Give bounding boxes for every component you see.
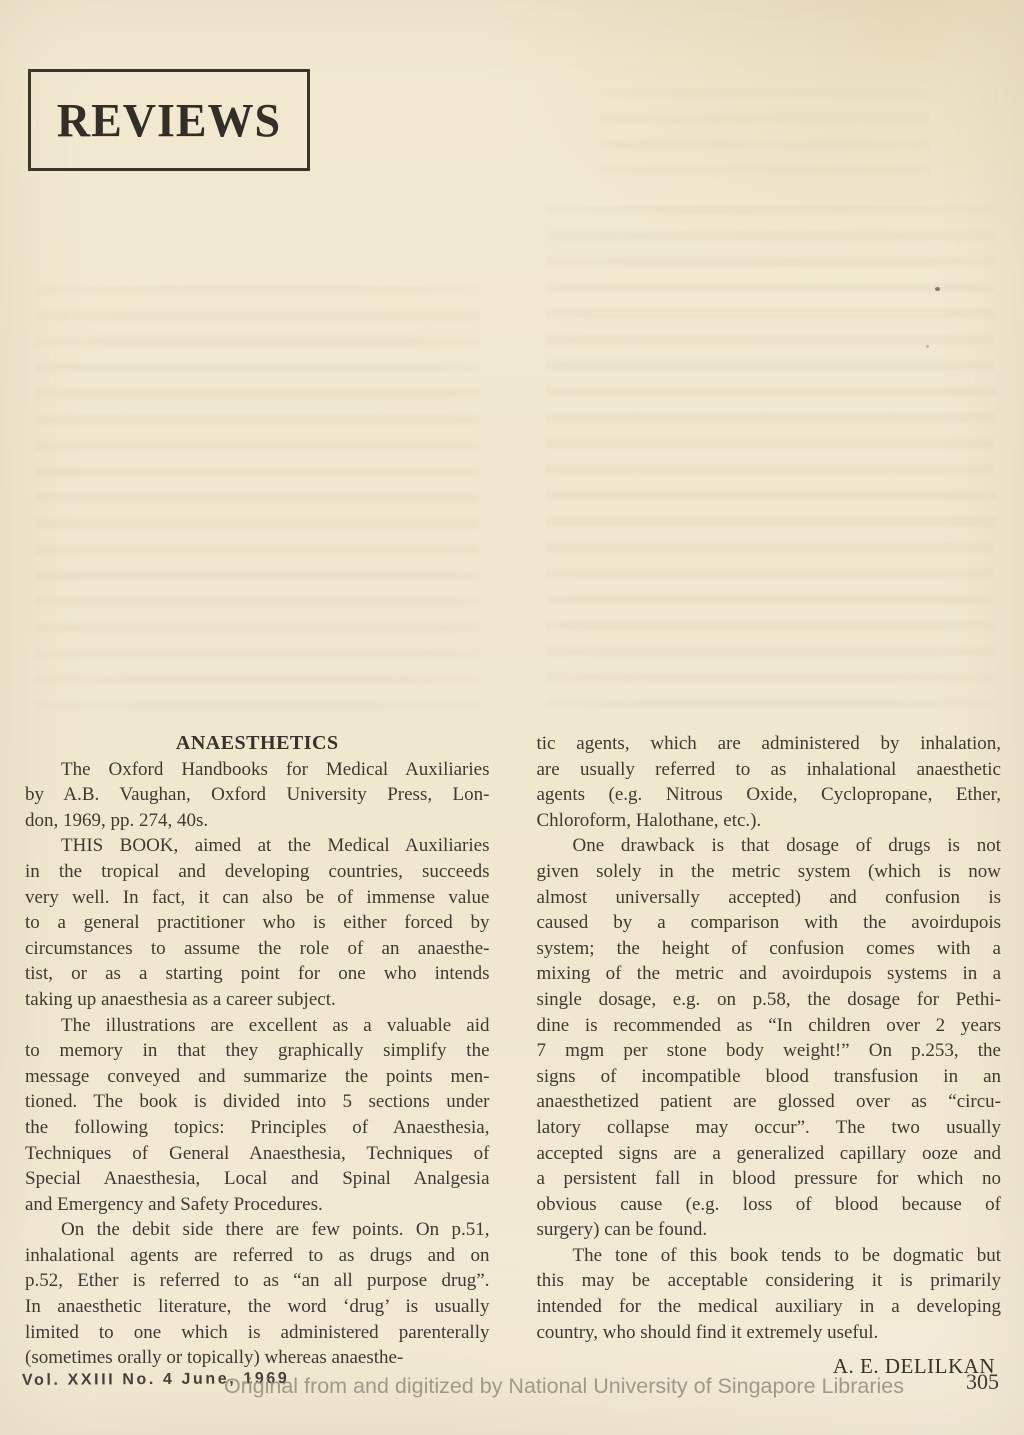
bleedthrough-ghost	[545, 205, 995, 720]
text-line: circumstances to assume the role of an a…	[25, 936, 490, 962]
text-line: The tone of this book tends to be dogmat…	[537, 1243, 1002, 1269]
text-line: are usually referred to as inhalational …	[537, 757, 1002, 783]
paragraph: tic agents, which are administered by in…	[537, 731, 1002, 833]
page-number: 305	[966, 1369, 999, 1395]
text-line: mixing of the metric and avoirdupois sys…	[537, 961, 1002, 987]
text-line: taking up anaesthesia as a career subjec…	[25, 987, 490, 1013]
text-line: to a general practitioner who is either …	[25, 910, 490, 936]
text-line: given solely in the metric system (which…	[537, 859, 1002, 885]
text-line: tic agents, which are administered by in…	[537, 731, 1002, 757]
text-line: signs of incompatible blood transfusion …	[537, 1064, 1002, 1090]
text-line: p.52, Ether is referred to as “an all pu…	[25, 1268, 490, 1294]
text-line: (sometimes orally or topically) whereas …	[25, 1345, 490, 1371]
review-right-paragraphs: tic agents, which are administered by in…	[537, 731, 1002, 1345]
text-line: The illustrations are excellent as a val…	[25, 1013, 490, 1039]
text-line: tioned. The book is divided into 5 secti…	[25, 1089, 490, 1115]
text-line: limited to one which is administered par…	[25, 1320, 490, 1346]
paragraph: THIS BOOK, aimed at the Medical Auxiliar…	[25, 833, 490, 1012]
text-line: accepted signs are a generalized capilla…	[537, 1141, 1002, 1167]
reviews-banner: REVIEWS	[28, 69, 310, 171]
text-line: inhalational agents are referred to as d…	[25, 1243, 490, 1269]
text-line: and Emergency and Safety Procedures.	[25, 1192, 490, 1218]
text-line: Chloroform, Halothane, etc.).	[537, 808, 1002, 834]
paragraph: On the debit side there are few points. …	[25, 1217, 490, 1371]
text-line: anaesthetized patient are glossed over a…	[537, 1089, 1002, 1115]
text-line: very well. In fact, it can also be of im…	[25, 885, 490, 911]
review-body: ANAESTHETICS The Oxford Handbooks for Me…	[25, 731, 1001, 1380]
digitization-watermark: Original from and digitized by National …	[224, 1374, 904, 1399]
text-line: 7 mgm per stone body weight!” On p.253, …	[537, 1038, 1002, 1064]
text-line: caused by a comparison with the avoirdup…	[537, 910, 1002, 936]
paragraph: The illustrations are excellent as a val…	[25, 1013, 490, 1218]
scan-speck	[926, 345, 929, 348]
text-line: single dosage, e.g. on p.58, the dosage …	[537, 987, 1002, 1013]
text-line: this may be acceptable considering it is…	[537, 1268, 1002, 1294]
text-line: tist, or as a starting point for one who…	[25, 961, 490, 987]
review-right-column: tic agents, which are administered by in…	[537, 731, 1002, 1380]
text-line: dine is recommended as “In children over…	[537, 1013, 1002, 1039]
text-line: to memory in that they graphically simpl…	[25, 1038, 490, 1064]
paragraph: The Oxford Handbooks for Medical Auxilia…	[25, 757, 490, 834]
review-left-column: ANAESTHETICS The Oxford Handbooks for Me…	[25, 731, 490, 1380]
text-line: system; the height of confusion comes wi…	[537, 936, 1002, 962]
journal-page: REVIEWS ANAESTHETICS The Oxford Handbook…	[0, 0, 1024, 1435]
text-line: latory collapse may occur”. The two usua…	[537, 1115, 1002, 1141]
review-left-paragraphs: The Oxford Handbooks for Medical Auxilia…	[25, 757, 490, 1371]
text-line: message conveyed and summarize the point…	[25, 1064, 490, 1090]
text-line: surgery) can be found.	[537, 1217, 1002, 1243]
text-line: by A.B. Vaughan, Oxford University Press…	[25, 782, 490, 808]
text-line: intended for the medical auxiliary in a …	[537, 1294, 1002, 1320]
reviews-banner-label: REVIEWS	[57, 92, 281, 147]
text-line: In anaesthetic literature, the word ‘dru…	[25, 1294, 490, 1320]
bleedthrough-ghost	[35, 285, 480, 720]
text-line: The Oxford Handbooks for Medical Auxilia…	[25, 757, 490, 783]
text-line: agents (e.g. Nitrous Oxide, Cyclopropane…	[537, 782, 1002, 808]
bleedthrough-ghost	[600, 88, 930, 188]
text-line: a persistent fall in blood pressure for …	[537, 1166, 1002, 1192]
text-line: One drawback is that dosage of drugs is …	[537, 833, 1002, 859]
text-line: Special Anaesthesia, Local and Spinal An…	[25, 1166, 490, 1192]
text-line: obvious cause (e.g. loss of blood becaus…	[537, 1192, 1002, 1218]
scan-speck	[935, 287, 940, 291]
text-line: almost universally accepted) and confusi…	[537, 885, 1002, 911]
paragraph: The tone of this book tends to be dogmat…	[537, 1243, 1002, 1345]
text-line: THIS BOOK, aimed at the Medical Auxiliar…	[25, 833, 490, 859]
text-line: country, who should find it extremely us…	[537, 1320, 1002, 1346]
text-line: don, 1969, pp. 274, 40s.	[25, 808, 490, 834]
text-line: Techniques of General Anaesthesia, Techn…	[25, 1141, 490, 1167]
paragraph: One drawback is that dosage of drugs is …	[537, 833, 1002, 1243]
text-line: in the tropical and developing countries…	[25, 859, 490, 885]
text-line: On the debit side there are few points. …	[25, 1217, 490, 1243]
review-title: ANAESTHETICS	[25, 731, 490, 757]
text-line: the following topics: Principles of Anae…	[25, 1115, 490, 1141]
